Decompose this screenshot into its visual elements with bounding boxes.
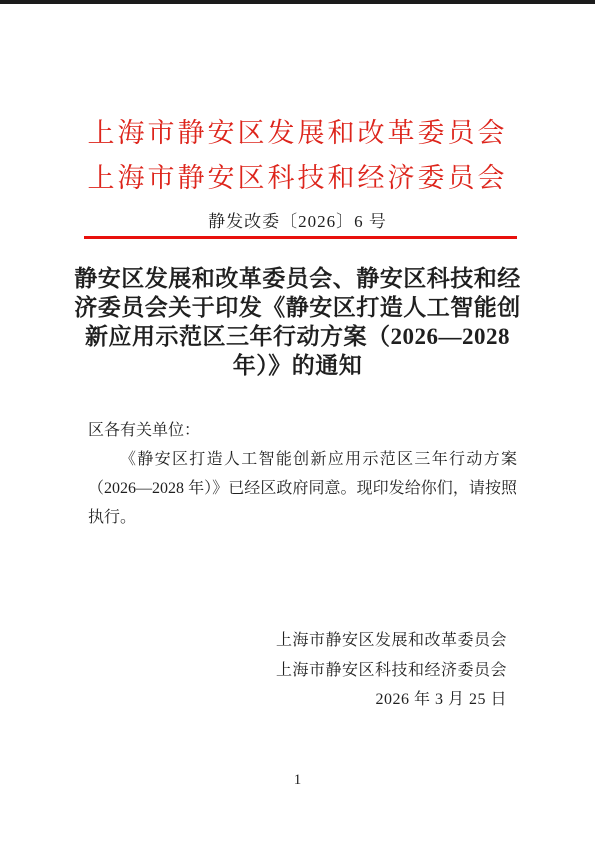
document-page: 上海市静安区发展和改革委员会 上海市静安区科技和经济委员会 静发改委〔2026〕… [0, 0, 595, 841]
red-divider-rule [84, 236, 517, 239]
issuer-name-line-1: 上海市静安区发展和改革委员会 [0, 111, 595, 156]
signature-block: 上海市静安区发展和改革委员会 上海市静安区科技和经济委员会 2026 年 3 月… [0, 626, 595, 715]
salutation-line: 区各有关单位： [88, 416, 517, 445]
signer-org-line-1: 上海市静安区发展和改革委员会 [0, 626, 507, 656]
document-title-line: 年）》的通知 [0, 351, 595, 380]
document-header: 上海市静安区发展和改革委员会 上海市静安区科技和经济委员会 静发改委〔2026〕… [0, 111, 595, 239]
body-paragraph: 《静安区打造人工智能创新应用示范区三年行动方案（2026—2028 年）》已经区… [88, 445, 517, 532]
signature-date: 2026 年 3 月 25 日 [0, 685, 507, 715]
document-number: 静发改委〔2026〕6 号 [0, 211, 595, 233]
document-title-line: 静安区发展和改革委员会、静安区科技和经 [0, 264, 595, 293]
top-border-bar [0, 0, 595, 4]
document-body: 区各有关单位： 《静安区打造人工智能创新应用示范区三年行动方案（2026—202… [0, 416, 595, 532]
document-title: 静安区发展和改革委员会、静安区科技和经 济委员会关于印发《静安区打造人工智能创 … [0, 264, 595, 380]
signer-org-line-2: 上海市静安区科技和经济委员会 [0, 656, 507, 686]
page-number: 1 [0, 770, 595, 790]
document-title-line: 济委员会关于印发《静安区打造人工智能创 [0, 293, 595, 322]
document-title-line: 新应用示范区三年行动方案（2026—2028 [0, 322, 595, 351]
issuer-name-line-2: 上海市静安区科技和经济委员会 [0, 156, 595, 201]
